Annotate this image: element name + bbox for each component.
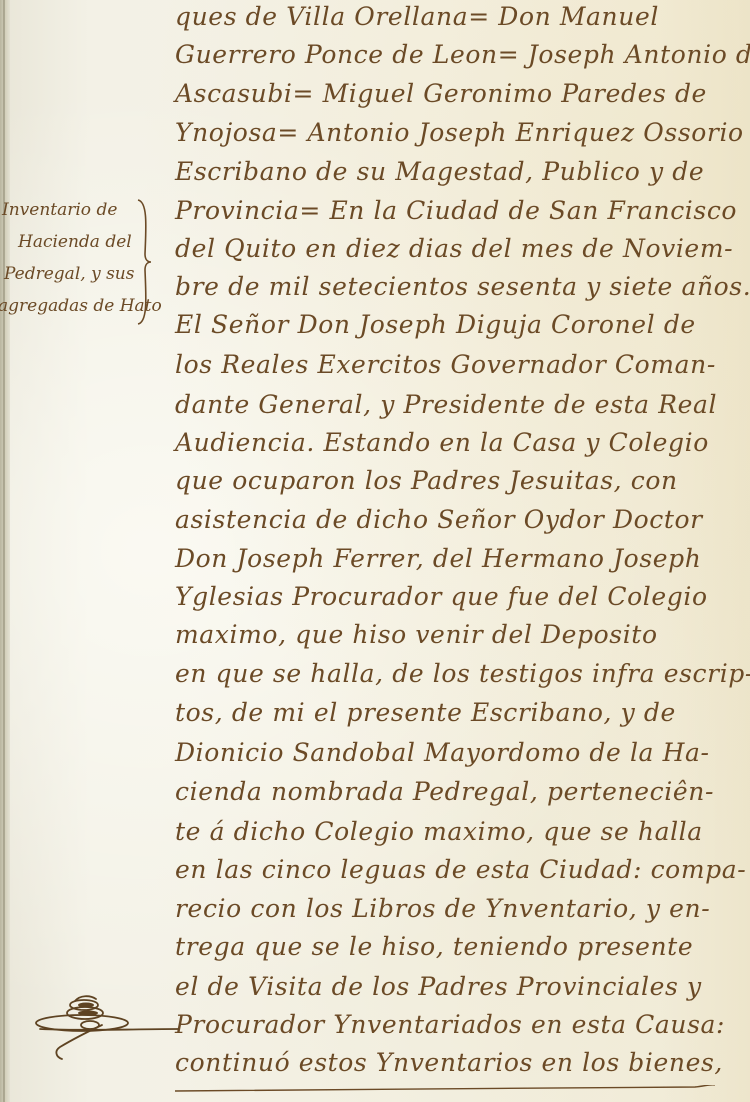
text-line: el de Visita de los Padres Provinciales … <box>175 972 702 1002</box>
curly-brace-icon <box>136 198 152 326</box>
text-line: cienda nombrada Pedregal, perteneciên- <box>175 777 714 807</box>
text-line: dante General, y Presidente de esta Real <box>175 390 717 420</box>
text-line: Ynojosa= Antonio Joseph Enriquez Ossorio <box>175 118 744 148</box>
text-line: que ocuparon los Padres Jesuitas, con <box>175 466 678 496</box>
text-line: trega que se le hiso, teniendo presente <box>175 932 693 962</box>
text-line: del Quito en diez dias del mes de Noviem… <box>175 234 733 264</box>
text-line: Audiencia. Estando en la Casa y Colegio <box>175 428 709 458</box>
text-line: El Señor Don Joseph Diguja Coronel de <box>175 310 696 340</box>
manuscript-page: Inventario de Hacienda del Pedregal, y s… <box>0 0 750 1102</box>
text-line: en las cinco leguas de esta Ciudad: comp… <box>175 855 746 885</box>
text-line: los Reales Exercitos Governador Coman- <box>175 350 716 380</box>
margin-note-line: Hacienda del <box>18 232 132 252</box>
text-line: te á dicho Colegio maximo, que se halla <box>175 817 703 847</box>
text-line: Procurador Ynventariados en esta Causa: <box>175 1010 725 1040</box>
binding-shadow-line <box>3 0 5 1102</box>
text-line: Yglesias Procurador que fue del Colegio <box>175 582 708 612</box>
text-line: recio con los Libros de Ynventario, y en… <box>175 894 710 924</box>
text-line: tos, de mi el presente Escribano, y de <box>175 698 676 728</box>
text-line: Ascasubi= Miguel Geronimo Paredes de <box>175 79 707 109</box>
rubric-flourish-icon <box>30 985 180 1065</box>
end-rule-line <box>175 1085 715 1093</box>
text-line: Don Joseph Ferrer, del Hermano Joseph <box>175 544 701 574</box>
text-line: Guerrero Ponce de Leon= Joseph Antonio d… <box>175 40 750 70</box>
text-line: ques de Villa Orellana= Don Manuel <box>175 2 659 32</box>
text-line: en que se halla, de los testigos infra e… <box>175 659 750 689</box>
text-line: Escribano de su Magestad, Publico y de <box>175 157 704 187</box>
text-line: Provincia= En la Ciudad de San Francisco <box>175 196 737 226</box>
margin-note-line: Pedregal, y sus <box>4 264 134 284</box>
binding-edge <box>0 0 10 1102</box>
text-line: bre de mil setecientos sesenta y siete a… <box>175 272 750 302</box>
text-line: continuó estos Ynventarios en los bienes… <box>175 1048 723 1078</box>
text-line: asistencia de dicho Señor Oydor Doctor <box>175 505 703 535</box>
margin-note-line: Inventario de <box>2 200 117 220</box>
text-line: maximo, que hiso venir del Deposito <box>175 620 658 650</box>
text-line: Dionicio Sandobal Mayordomo de la Ha- <box>175 738 710 768</box>
